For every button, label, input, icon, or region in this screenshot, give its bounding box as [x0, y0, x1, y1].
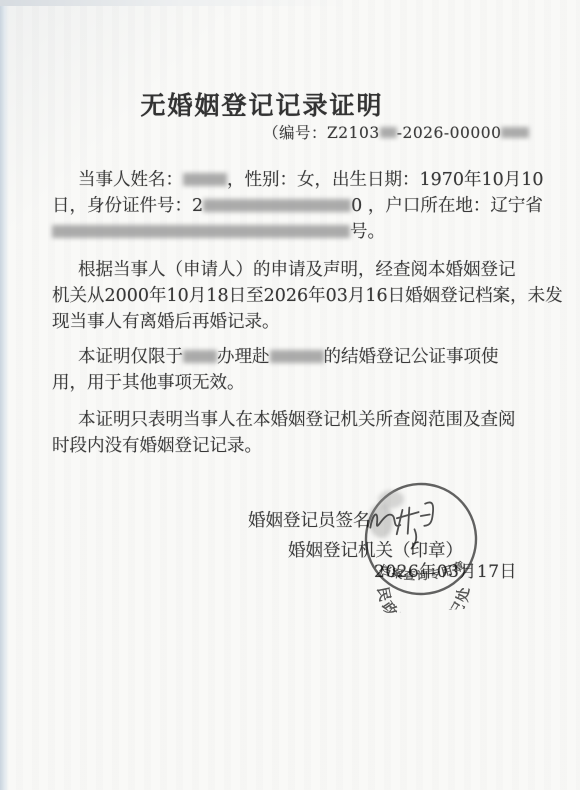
party-gender-dob: ，性别：女，出生日期：1970年10月10	[227, 170, 544, 190]
para3-line1: 本证明仅限于办理赴的结婚登记公证事项使	[52, 344, 538, 370]
party-id-label: 日，身份证件号：2	[52, 196, 203, 216]
party-residence-label: 0 ，户口所在地：辽宁省	[351, 196, 543, 216]
redaction-destination	[270, 350, 324, 363]
para4-line1: 本证明只表明当事人在本婚姻登记机关所查阅范围及查阅	[52, 407, 538, 433]
redaction-id-number	[203, 199, 351, 212]
para1-line2: 日，身份证件号：20 ，户口所在地：辽宁省	[52, 193, 538, 219]
para2-line1: 根据当事人（申请人）的申请及声明，经查阅本婚姻登记	[52, 257, 538, 283]
para2-line2: 机关从2000年10月18日至2026年03月16日婚姻登记档案，未发	[52, 283, 538, 309]
para4-line2: 时段内没有婚姻登记记录。	[52, 433, 538, 459]
certificate-page: 无婚姻登记记录证明 （编号：Z2103-2026-00000 当事人姓名：，性别…	[0, 0, 580, 790]
doc-number: （编号：Z2103-2026-00000	[263, 121, 529, 143]
address-suffix: 号。	[350, 222, 385, 242]
seal-arc-text: 民政局婚姻登记处	[374, 581, 476, 615]
para1-line3: 号。	[52, 219, 538, 245]
paragraph-party-info: 当事人姓名：，性别：女，出生日期：1970年10月10 日，身份证件号：20 ，…	[52, 167, 538, 245]
doc-number-prefix: （编号：Z2103	[263, 124, 380, 142]
redaction-number-1	[380, 127, 397, 138]
doc-number-mid: -2026-00000	[397, 124, 502, 142]
page-title: 无婚姻登记记录证明	[0, 86, 524, 122]
limit-text-c: 的结婚登记公证事项使	[324, 347, 499, 367]
para2-line3: 现当事人有离婚后再婚记录。	[52, 309, 538, 335]
official-seal: 民政局婚姻登记处 档案查询专用章	[345, 463, 496, 614]
seal-bottom-text: 档案查询专用章	[377, 558, 469, 585]
limit-text-b: 办理赴	[217, 347, 270, 367]
paragraph-search-result: 根据当事人（申请人）的申请及声明，经查阅本婚姻登记 机关从2000年10月18日…	[52, 257, 538, 335]
redaction-name	[183, 173, 227, 186]
redaction-address	[52, 225, 350, 238]
paragraph-usage-limit: 本证明仅限于办理赴的结婚登记公证事项使 用，用于其他事项无效。	[52, 344, 538, 396]
limit-text-a: 本证明仅限于	[78, 347, 183, 367]
redaction-person	[183, 350, 217, 363]
scan-edge-top	[0, 0, 406, 6]
party-name-label: 当事人姓名：	[78, 170, 183, 190]
para3-line2: 用，用于其他事项无效。	[52, 370, 538, 396]
para1-line1: 当事人姓名：，性别：女，出生日期：1970年10月10	[52, 167, 538, 193]
paragraph-scope-note: 本证明只表明当事人在本婚姻登记机关所查阅范围及查阅 时段内没有婚姻登记记录。	[52, 407, 538, 459]
redaction-number-2	[501, 127, 529, 138]
